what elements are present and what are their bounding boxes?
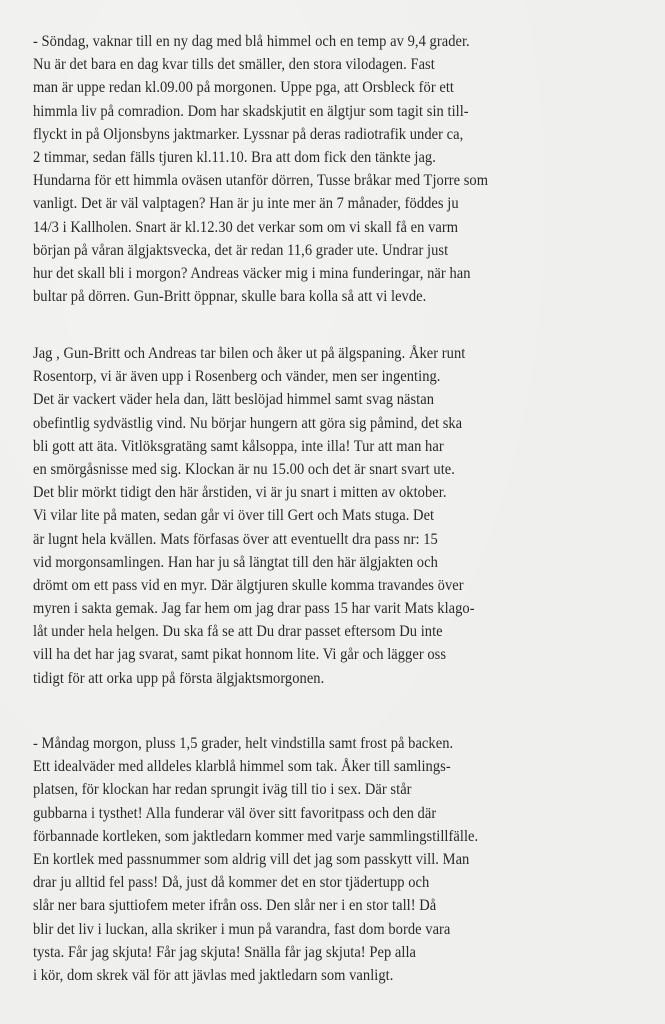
text-line: blir det liv i luckan, alla skriker i mu… [33,918,619,941]
text-line: man är uppe redan kl.09.00 på morgonen. … [33,76,619,99]
text-line: flyckt in på Oljonsbyns jaktmarker. Lyss… [33,123,619,146]
text-line: drar ju alltid fel pass! Då, just då kom… [33,871,619,894]
text-line: är lugnt hela kvällen. Mats förfasas öve… [33,528,619,551]
text-line: myren i sakta gemak. Jag far hem om jag … [33,597,619,620]
text-line: slår ner bara sjuttiofem meter ifrån oss… [33,894,619,917]
text-line: vanligt. Det är väl valptagen? Han är ju… [33,192,619,215]
text-line: Nu är det bara en dag kvar tills det smä… [33,53,619,76]
text-line: - Måndag morgon, pluss 1,5 grader, helt … [33,732,619,755]
text-line: vill ha det har jag svarat, samt pikat h… [33,643,619,666]
text-line: bultar på dörren. Gun-Britt öppnar, skul… [33,285,619,308]
text-line: gubbarna i tysthet! Alla funderar väl öv… [33,802,619,825]
text-line: Det är vackert väder hela dan, lätt besl… [33,388,619,411]
text-line: vid morgonsamlingen. Han har ju så längt… [33,551,619,574]
text-line: - Söndag, vaknar till en ny dag med blå … [33,30,619,53]
paragraph-monday: - Måndag morgon, pluss 1,5 grader, helt … [33,732,663,987]
text-line: En kortlek med passnummer som aldrig vil… [33,848,619,871]
text-line: Det blir mörkt tidigt den här årstiden, … [33,481,619,504]
paragraph-sunday: - Söndag, vaknar till en ny dag med blå … [33,30,663,308]
text-line: tysta. Får jag skjuta! Får jag skjuta! S… [33,941,619,964]
text-line: platsen, för klockan har redan sprungit … [33,778,619,801]
text-line: Rosentorp, vi är även upp i Rosenberg oc… [33,365,619,388]
text-line: en smörgåsnisse med sig. Klockan är nu 1… [33,458,619,481]
text-line: Ett idealväder med alldeles klarblå himm… [33,755,619,778]
text-line: drömt om ett pass vid en myr. Där älgtju… [33,574,619,597]
text-line: Vi vilar lite på maten, sedan går vi öve… [33,504,619,527]
text-line: hur det skall bli i morgon? Andreas väck… [33,262,619,285]
text-line: Jag , Gun-Britt och Andreas tar bilen oc… [33,342,619,365]
text-line: bli gott att äta. Vitlöksgratäng samt kå… [33,435,619,458]
text-line: förbannade kortleken, som jaktledarn kom… [33,825,619,848]
text-line: 14/3 i Kallholen. Snart är kl.12.30 det … [33,216,619,239]
paragraph-afternoon: Jag , Gun-Britt och Andreas tar bilen oc… [33,342,663,690]
text-line: himmla liv på comradion. Dom har skadskj… [33,100,619,123]
text-line: början på våran älgjaktsvecka, det är re… [33,239,619,262]
text-line: 2 timmar, sedan fälls tjuren kl.11.10. B… [33,146,619,169]
text-line: i kör, dom skrek väl för att jävlas med … [33,964,619,987]
text-line: obefintlig sydvästlig vind. Nu börjar hu… [33,412,619,435]
text-line: tidigt för att orka upp på första älgjak… [33,667,619,690]
text-line: Hundarna för ett himmla oväsen utanför d… [33,169,619,192]
text-line: låt under hela helgen. Du ska få se att … [33,620,619,643]
typewritten-page: - Söndag, vaknar till en ny dag med blå … [0,0,665,1024]
